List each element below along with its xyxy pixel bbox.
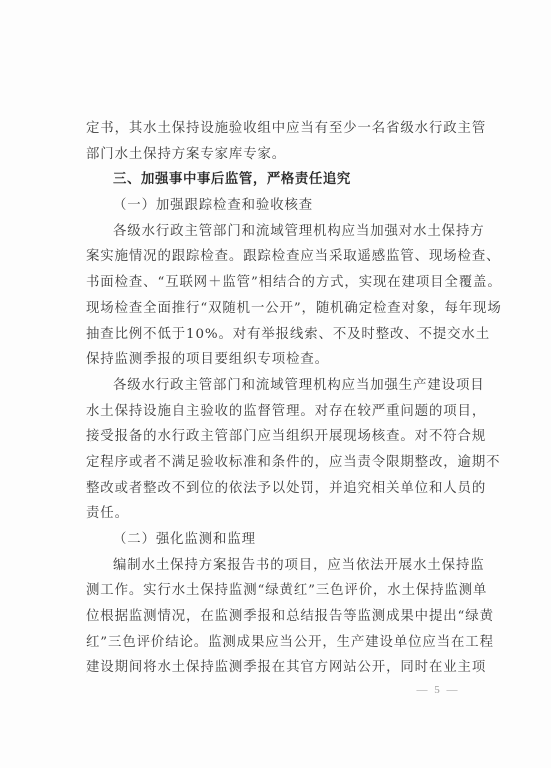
page-number: — 5 — [408,684,468,696]
text-line: 整改或者整改不到位的依法予以处罚，并追究相关单位和人员的 [86,476,468,502]
paragraph-start-line: 编制水土保持方案报告书的项目，应当依法开展水土保持监 [86,553,468,579]
text-line: 责任。 [86,501,468,527]
text-line: 定程序或者不满足验收标准和条件的，应当责令限期整改，逾期不 [86,450,468,476]
text-line: 案实施情况的跟踪检查。跟踪检查应当采取遥感监管、现场检查、 [86,244,468,270]
paragraph-start-line: 各级水行政主管部门和流域管理机构应当加强生产建设项目 [86,373,468,399]
paragraph-start-line: 各级水行政主管部门和流域管理机构应当加强对水土保持方 [86,219,468,245]
text-line: 红”三色评价结论。监测成果应当公开，生产建设单位应当在工程 [86,630,468,656]
text-line: 测工作。实行水土保持监测“绿黄红”三色评价，水土保持监测单 [86,578,468,604]
subsection-heading: （一）加强跟踪检查和验收核查 [86,193,468,219]
text-line: 保持监测季报的项目要组织专项检查。 [86,347,468,373]
text-line: 位根据监测情况，在监测季报和总结报告等监测成果中提出“绿黄 [86,604,468,630]
text-line: 书面检查、“互联网＋监管”相结合的方式，实现在建项目全覆盖。 [86,270,468,296]
text-line: 抽查比例不低于10%。对有举报线索、不及时整改、不提交水土 [86,322,468,348]
text-line: 水土保持设施自主验收的监督管理。对存在较严重问题的项目， [86,399,468,425]
text-line: 定书，其水土保持设施验收组中应当有至少一名省级水行政主管 [86,116,468,142]
text-line: 建设期间将水土保持监测季报在其官方网站公开，同时在业主项 [86,655,468,681]
subsection-heading: （二）强化监测和监理 [86,527,468,553]
text-line: 现场检查全面推行“双随机一公开”，随机确定检查对象，每年现场 [86,296,468,322]
document-body: 定书，其水土保持设施验收组中应当有至少一名省级水行政主管 部门水土保持方案专家库… [86,116,468,681]
section-heading: 三、加强事中事后监管，严格责任追究 [86,167,468,193]
document-page: 定书，其水土保持设施验收组中应当有至少一名省级水行政主管 部门水土保持方案专家库… [0,0,551,768]
text-line: 接受报备的水行政主管部门应当组织开展现场核查。对不符合规 [86,424,468,450]
text-line: 部门水土保持方案专家库专家。 [86,142,468,168]
